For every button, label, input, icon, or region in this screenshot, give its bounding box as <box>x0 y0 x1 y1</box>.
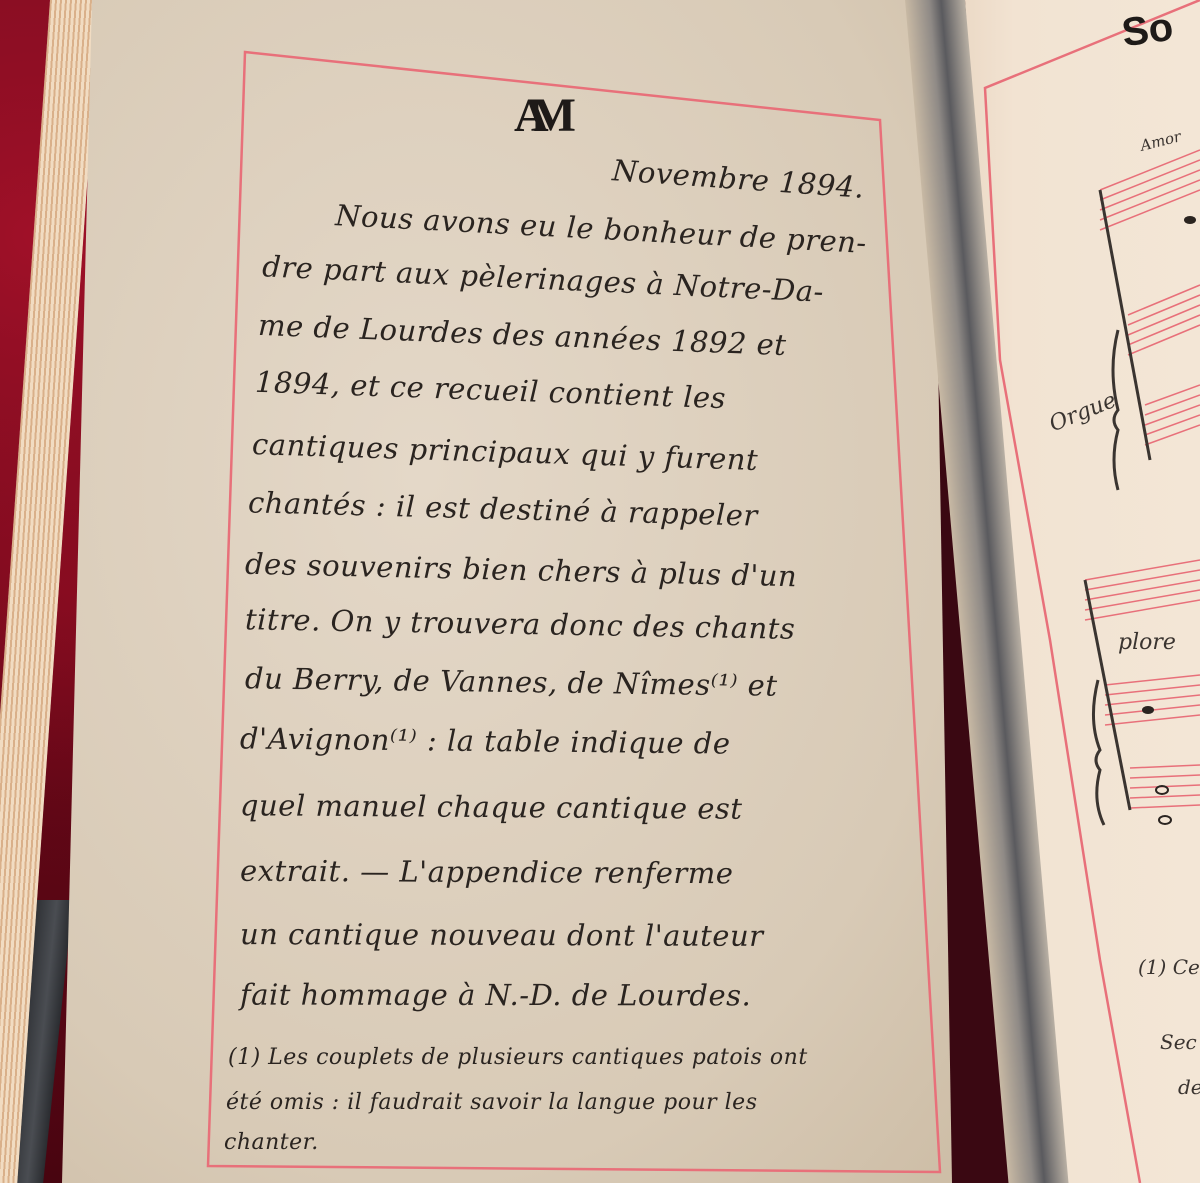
footnote-line: été omis : il faudrait savoir la langue … <box>226 1090 758 1115</box>
right-footnote-fragment: de <box>1178 1075 1200 1099</box>
right-footnote-fragment: (1) Ce <box>1138 955 1200 979</box>
lyric-fragment: plore <box>1118 630 1176 655</box>
footnote-line: chanter. <box>224 1130 319 1155</box>
letter-line: d'Avignon⁽¹⁾ : la table indique de <box>240 721 731 760</box>
marian-monogram: AM <box>514 88 558 143</box>
right-footnote-fragment: Sec <box>1160 1030 1197 1054</box>
letter-line: extrait. — L'appendice renferme <box>240 854 734 891</box>
song-title-fragment: So <box>1119 5 1176 57</box>
footnote-line: (1) Les couplets de plusieurs cantiques … <box>228 1045 808 1070</box>
letter-line: quel manuel chaque cantique est <box>240 788 743 826</box>
letter-line: un cantique nouveau dont l'auteur <box>240 917 764 953</box>
letter-line: fait hommage à N.-D. de Lourdes. <box>240 978 751 1013</box>
